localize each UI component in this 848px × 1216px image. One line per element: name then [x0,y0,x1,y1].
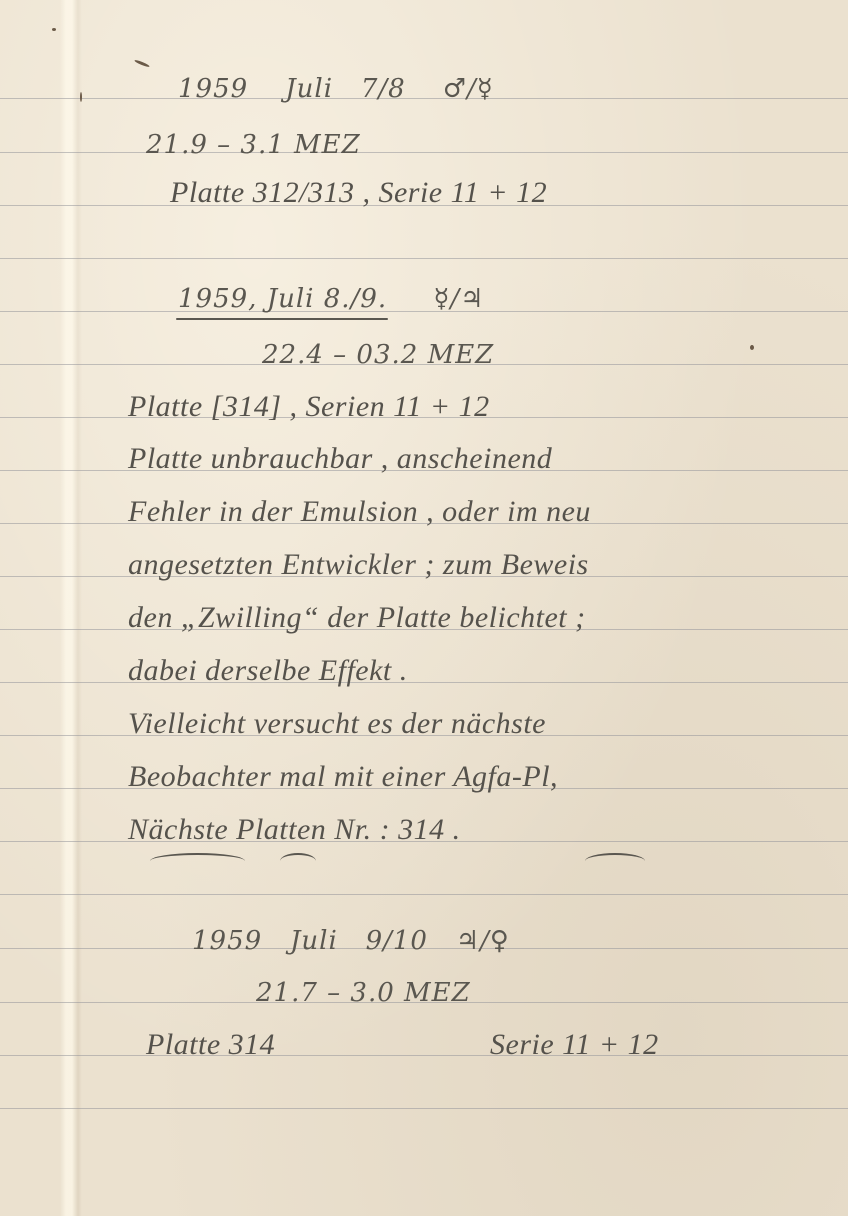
entry-3-header: 1959 Juli 9/10 ♃/♀ [192,928,510,954]
ruled-line [0,258,848,259]
underline-naechste [150,853,245,861]
paper-speck [52,28,56,31]
entry-2-note-line: Beobachter mal mit einer Agfa-Pl, [128,762,558,792]
entry-1-plate-line: Platte 312/313 , Serie 11 + 12 [170,178,547,208]
entry-2-note-line-next-plate: Nächste Platten Nr. : 314 . [128,815,461,845]
entry-2-note-line: Fehler in der Emulsion , oder im neu [128,497,591,527]
entry-1-header: 1959 Juli 7/8 ♂/☿ [178,76,494,102]
entry-1-time: 21.9 – 3.1 MEZ [146,132,361,158]
ruled-line [0,152,848,153]
entry-2-note-line: Vielleicht versucht es der nächste [128,709,546,739]
mercury-jupiter-symbols: ☿/♃ [433,284,484,314]
entry-1-month: Juli [285,74,333,104]
paper-speck [80,92,82,102]
entry-2-note-line: Platte unbrauchbar , anscheinend [128,444,552,474]
entry-3-plate: Platte 314 [146,1030,275,1060]
entry-2-time: 22.4 – 03.2 MEZ [262,342,494,368]
entry-2-date: 1959, Juli 8./9. [178,284,387,314]
entry-2-note-line: dabei derselbe Effekt . [128,656,408,686]
ruled-line [0,1108,848,1109]
entry-3-month: Juli [290,926,338,956]
entry-3-year: 1959 [192,926,262,956]
entry-3-dates: 9/10 [366,926,428,956]
entry-1-year: 1959 [178,74,248,104]
ruled-line [0,894,848,895]
entry-2-header: 1959, Juli 8./9. ☿/♃ [178,286,485,312]
pencil-mark [134,59,150,68]
entry-3-time: 21.7 – 3.0 MEZ [256,980,471,1006]
entry-2-date-underline [176,318,388,320]
underline-314 [585,853,645,861]
underline-platten [280,853,316,861]
entry-3-series: Serie 11 + 12 [490,1030,659,1060]
entry-1-dates: 7/8 [361,74,406,104]
ruled-line [0,1055,848,1056]
notebook-page: 1959 Juli 7/8 ♂/☿ 21.9 – 3.1 MEZ Platte … [0,0,848,1216]
entry-2-plate-line: Platte [314] , Serien 11 + 12 [128,392,490,422]
paper-speck [750,345,754,350]
mars-mercury-symbols: ♂/☿ [443,74,494,104]
entry-2-note-line: angesetzten Entwickler ; zum Beweis [128,550,589,580]
entry-2-note-line: den „Zwilling“ der Platte belichtet ; [128,603,586,633]
jupiter-venus-symbols: ♃/♀ [456,926,510,956]
